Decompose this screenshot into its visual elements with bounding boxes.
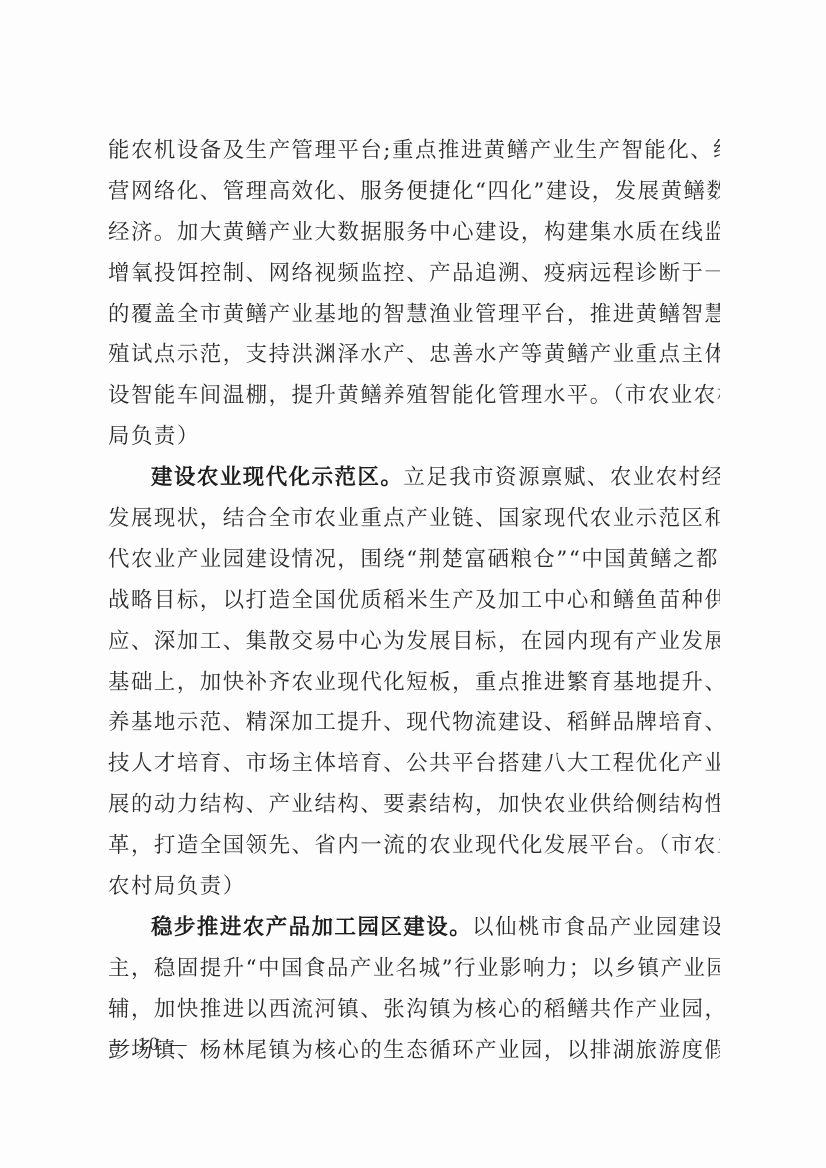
text-span: 以仙桃市食品产业园建设为 bbox=[472, 915, 720, 940]
document-page: 能农机设备及生产管理平台;重点推进黄鳝产业生产智能化、经 营网络化、管理高效化、… bbox=[0, 0, 826, 1168]
text-line: 基础上，加快补齐农业现代化短板，重点推进繁育基地提升、种 bbox=[108, 663, 720, 704]
text-line: 设智能车间温棚，提升黄鳝养殖智能化管理水平。（市农业农村 bbox=[108, 376, 720, 417]
text-line: 发展现状，结合全市农业重点产业链、国家现代农业示范区和现 bbox=[108, 499, 720, 540]
text-line: 养基地示范、精深加工提升、现代物流建设、稻鲜品牌培育、农 bbox=[108, 703, 720, 744]
paragraph-heading: 建设农业现代化示范区。 bbox=[151, 465, 403, 490]
text-line: 能农机设备及生产管理平台;重点推进黄鳝产业生产智能化、经 bbox=[108, 131, 720, 172]
text-line: 技人才培育、市场主体培育、公共平台搭建八大工程优化产业发 bbox=[108, 744, 720, 785]
text-line: 的覆盖全市黄鳝产业基地的智慧渔业管理平台，推进黄鳝智慧养 bbox=[108, 295, 720, 336]
text-span: 立足我市资源禀赋、农业农村经济 bbox=[403, 465, 720, 490]
text-line: 殖试点示范，支持洪渊泽水产、忠善水产等黄鳝产业重点主体建 bbox=[108, 335, 720, 376]
text-line: 农村局负责） bbox=[108, 867, 720, 908]
text-line: 代农业产业园建设情况，围绕“荆楚富硒粮仓”“中国黄鳝之都”的 bbox=[108, 540, 720, 581]
text-line: 经济。加大黄鳝产业大数据服务中心建设，构建集水质在线监测、 bbox=[108, 213, 720, 254]
paragraph-heading: 稳步推进农产品加工园区建设。 bbox=[151, 915, 472, 940]
text-line: 彭场镇、杨林尾镇为核心的生态循环产业园，以排湖旅游度假区、 bbox=[108, 1031, 720, 1072]
text-line: 营网络化、管理高效化、服务便捷化“四化”建设，发展黄鳝数字 bbox=[108, 172, 720, 213]
text-line: 革，打造全国领先、省内一流的农业现代化发展平台。（市农业 bbox=[108, 826, 720, 867]
text-line: 展的动力结构、产业结构、要素结构，加快农业供给侧结构性改 bbox=[108, 785, 720, 826]
text-line: 局负责） bbox=[108, 417, 720, 458]
text-line: 战略目标，以打造全国优质稻米生产及加工中心和鳝鱼苗种供 bbox=[108, 581, 720, 622]
text-line: 应、深加工、集散交易中心为发展目标，在园内现有产业发展的 bbox=[108, 622, 720, 663]
page-number: — 10 — bbox=[110, 1034, 189, 1056]
paragraph-first-line: 建设农业现代化示范区。立足我市资源禀赋、农业农村经济 bbox=[108, 458, 720, 499]
text-line: 辅，加快推进以西流河镇、张沟镇为核心的稻鳝共作产业园，以 bbox=[108, 990, 720, 1031]
paragraph-first-line: 稳步推进农产品加工园区建设。以仙桃市食品产业园建设为 bbox=[108, 908, 720, 949]
text-line: 主，稳固提升“中国食品产业名城”行业影响力；以乡镇产业园为 bbox=[108, 949, 720, 990]
document-body: 能农机设备及生产管理平台;重点推进黄鳝产业生产智能化、经 营网络化、管理高效化、… bbox=[108, 131, 720, 1071]
text-line: 增氧投饵控制、网络视频监控、产品追溯、疫病远程诊断于一体 bbox=[108, 254, 720, 295]
